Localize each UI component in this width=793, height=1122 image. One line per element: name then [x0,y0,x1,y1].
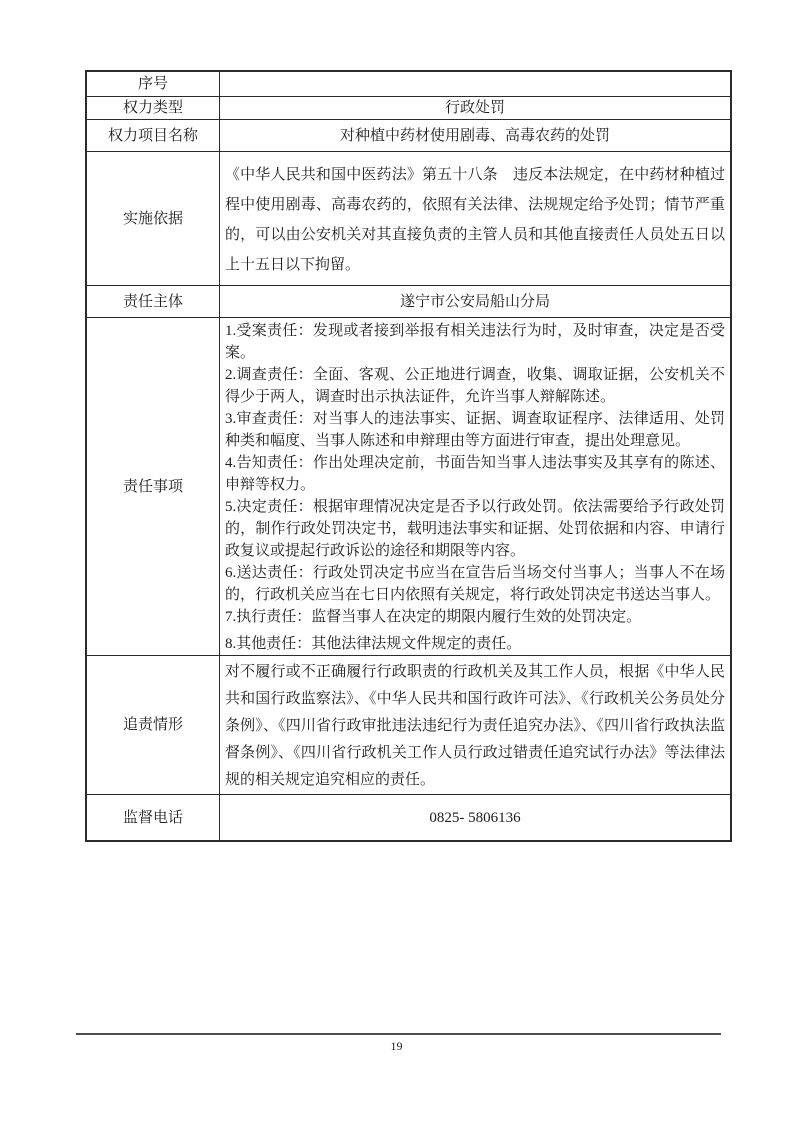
responsibility-item-7: 7.执行责任：监督当事人在决定的期限内履行生效的处罚决定。 [225,606,725,628]
table-row-accountability-circumstances: 追责情形 对不履行或不正确履行行政职责的行政机关及其工作人员，根据《中华人民共和… [86,656,731,795]
power-type-value: 行政处罚 [220,97,732,120]
power-type-label: 权力类型 [86,97,220,120]
implementation-basis-value: 《中华人民共和国中医药法》第五十八条 违反本法规定，在中药材种植过程中使用剧毒、… [220,152,732,286]
responsibility-item-1: 1.受案责任：发现或者接到举报有相关违法行为时，及时审查，决定是否受案。 [225,320,725,364]
supervision-phone-value: 0825- 5806136 [220,795,732,842]
table-row-serial-number: 序号 [86,71,731,97]
power-item-name-label: 权力项目名称 [86,120,220,152]
responsibility-item-3: 3.审查责任：对当事人的违法事实、证据、调查取证程序、法律适用、处罚种类和幅度、… [225,408,725,452]
document-page: 序号 权力类型 行政处罚 权力项目名称 对种植中药材使用剧毒、高毒农药的处罚 实… [0,0,793,1122]
supervision-phone-label: 监督电话 [86,795,220,842]
table-row-power-item-name: 权力项目名称 对种植中药材使用剧毒、高毒农药的处罚 [86,120,731,152]
accountability-circumstances-value: 对不履行或不正确履行行政职责的行政机关及其工作人员，根据《中华人民共和国行政监察… [220,656,732,795]
responsibility-items-label: 责任事项 [86,318,220,656]
table-row-supervision-phone: 监督电话 0825- 5806136 [86,795,731,842]
power-item-name-value: 对种植中药材使用剧毒、高毒农药的处罚 [220,120,732,152]
responsibility-item-8: 8.其他责任：其他法律法规文件规定的责任。 [225,633,725,655]
serial-number-label: 序号 [86,71,220,97]
footer-rule [76,1033,721,1035]
serial-number-value [220,71,732,97]
table-row-implementation-basis: 实施依据 《中华人民共和国中医药法》第五十八条 违反本法规定，在中药材种植过程中… [86,152,731,286]
implementation-basis-label: 实施依据 [86,152,220,286]
responsibility-items-value: 1.受案责任：发现或者接到举报有相关违法行为时，及时审查，决定是否受案。 2.调… [220,318,732,656]
accountability-circumstances-label: 追责情形 [86,656,220,795]
responsibility-item-4: 4.告知责任：作出处理决定前，书面告知当事人违法事实及其享有的陈述、申辩等权力。 [225,452,725,496]
responsible-entity-label: 责任主体 [86,286,220,318]
power-responsibility-table: 序号 权力类型 行政处罚 权力项目名称 对种植中药材使用剧毒、高毒农药的处罚 实… [85,70,732,842]
responsibility-item-5: 5.决定责任：根据审理情况决定是否予以行政处罚。依法需要给予行政处罚的，制作行政… [225,496,725,562]
responsibility-item-2: 2.调查责任：全面、客观、公正地进行调查，收集、调取证据，公安机关不得少于两人，… [225,364,725,408]
table-row-responsible-entity: 责任主体 遂宁市公安局船山分局 [86,286,731,318]
table-row-power-type: 权力类型 行政处罚 [86,97,731,120]
table-row-responsibility-items: 责任事项 1.受案责任：发现或者接到举报有相关违法行为时，及时审查，决定是否受案… [86,318,731,656]
responsibility-item-6: 6.送达责任：行政处罚决定书应当在宣告后当场交付当事人；当事人不在场的，行政机关… [225,562,725,606]
responsible-entity-value: 遂宁市公安局船山分局 [220,286,732,318]
page-number: 19 [0,1039,793,1053]
